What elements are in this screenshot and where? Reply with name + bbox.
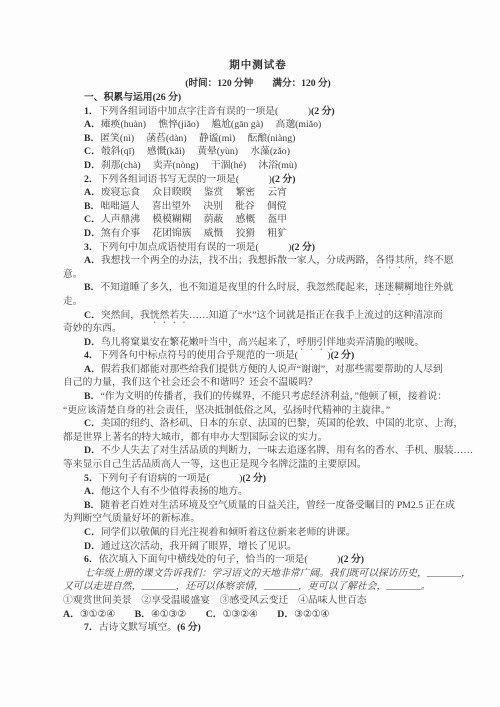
bold-label: B．: [84, 201, 100, 212]
text-segment: 不知道睡了多久，也不知道是夜里的什么时辰，我忽然爬起来，: [100, 282, 374, 293]
bold-label: (2 分): [272, 174, 296, 185]
option-line: B．“作为文明的传播者，我们的传媒界，不能只考虑经济利益，”他顿了顿，接着说：: [63, 390, 453, 404]
question-stem: 5．下列句子有语病的一项是( )(2 分): [63, 472, 453, 486]
option-line: B．咄咄逼人 喜出望外 决别 秕谷 倜傥: [63, 200, 453, 214]
continuation-line: 为判断空气质量好坏的新标准。: [63, 512, 453, 526]
text-segment: ④①③②: [151, 609, 186, 620]
question-stem: 4．下列各句中标点符号的使用合乎规范的一项是( )(2 分): [63, 349, 453, 363]
bold-label: D．: [84, 445, 101, 456]
passage-continuation: 又可以走进自然，_______，还可以体察亲情，_______，更可以了解社会，…: [63, 580, 453, 594]
continuation-line: 等来显示自己生活品质高人一等，这也正是现今名牌泛滥的主要原因。: [63, 458, 453, 472]
text-segment: 恍然若失: [150, 310, 189, 321]
option-line: D．刹那(chà) 卖弄(nòng) 干涸(hé) 沐浴(mù): [63, 159, 453, 173]
text-segment: 他这个人有不少值得表扬的地方。: [101, 486, 248, 497]
text-segment: 我想找一个两全的办法，找不出；我想拆散一家人，分成两路，: [101, 255, 375, 266]
bold-label: A．: [84, 119, 101, 130]
text-segment: 奇妙的东西。: [63, 323, 122, 334]
option-line: B．不知道睡了多久，也不知道是夜里的什么时辰，我忽然爬起来，迷迷糊糊地往外就: [63, 281, 453, 295]
bold-label: (2 分): [242, 473, 266, 484]
continuation-line: 都是世界上著名的特大城市，都有申办大型国际会议的实力。: [63, 431, 453, 445]
bold-label: A．: [84, 187, 101, 198]
text-segment: 假若我们都能对那些给我们提供方便的人说声“谢谢”，对那些需要帮助的人尽到: [101, 364, 443, 375]
text-segment: 下列句子有语病的一项是( ): [99, 473, 243, 484]
question-stem: 6．依次填入下面句中横线处的句子，恰当的一项是( )(2 分): [63, 553, 453, 567]
text-segment: “更应该清楚自身的社会责任，坚决抵制低俗之风，弘扬时代精神的主旋律。”: [63, 405, 390, 416]
bold-label: 5．: [84, 473, 99, 484]
bold-label: (2 分): [291, 242, 315, 253]
question-stem: 1．下列各组词语中加点字注音有误的一项是( )(2 分): [63, 105, 453, 119]
bold-label: (2 分): [331, 350, 355, 361]
text-segment: 废寝忘食 众目睽睽 鉴赏 繁密 云宵: [101, 187, 287, 198]
text-segment: 瘫痪(huàn) 憔悴(jiǎo) 尴尬(gān gà) 高邈(miǎo): [101, 119, 321, 130]
text-segment: 地卖弄清脆的喉咙。: [336, 337, 424, 348]
exam-content: 期中测试卷 (时间：120 分钟 满分：120 分) 一、积累与运用(26 分)…: [63, 56, 453, 635]
text-segment: ①③②④: [223, 609, 258, 620]
text-segment: 下列各句中标点符号的使用合乎规范的一项是( ): [99, 350, 331, 361]
exam-time-score-meta: (时间：120 分钟 满分：120 分): [63, 76, 453, 91]
bold-label: C．: [84, 146, 101, 157]
question-stem: 3．下列句中加点成语使用有误的一项是( )(2 分): [63, 241, 453, 255]
bold-label: 3．: [84, 242, 99, 253]
text-segment: 鸟儿将窠巢安在繁花嫩叶当中，高兴起来了，: [101, 337, 297, 348]
option-line: D．煞有介事 花团锦簇 威慑 狡猾 粗犷: [63, 227, 453, 241]
continuation-line: 走。: [63, 295, 453, 309]
bold-label: C．: [84, 527, 101, 538]
passage-line: 七年级上册的课文告诉我们：学习语文的天地非常广阔。我们既可以探访历史，_____…: [63, 567, 453, 581]
bold-label: (6 分): [177, 622, 201, 633]
option-line: D．鸟儿将窠巢安在繁花嫩叶当中，高兴起来了，呼朋引伴地卖弄清脆的喉咙。: [63, 336, 453, 350]
text-segment: 下列句中加点成语使用有误的一项是( ): [99, 242, 292, 253]
bold-label: D．: [84, 541, 101, 552]
bold-label: A．: [84, 364, 101, 375]
bold-label: D．: [84, 228, 101, 239]
continuation-line: 奇妙的东西。: [63, 322, 453, 336]
answer-choices-line: A．③①②④ B．④①③② C．①③②④ D．③②①④: [63, 608, 453, 622]
text-segment: ③②①④: [294, 609, 329, 620]
exam-title: 期中测试卷: [63, 56, 453, 76]
bold-label: B．: [84, 391, 100, 402]
text-segment: 七年级上册的课文告诉我们：学习语文的天地非常广阔。我们既可以探访历史，_____…: [84, 568, 471, 579]
text-segment: 等来显示自己生活品质高人一等，这也正是现今名牌泛滥的主要原因。: [63, 459, 367, 470]
text-segment: 人声鼎沸 模模糊糊 荫蔽 感概 盔甲: [101, 214, 287, 225]
bold-label: C．: [84, 418, 101, 429]
bold-label: 2．: [84, 174, 99, 185]
bold-label: A．: [84, 486, 101, 497]
text-segment: ③①②④: [80, 609, 115, 620]
bold-label: B．: [135, 609, 151, 620]
text-segment: 依次填入下面句中横线处的句子，恰当的一项是( ): [99, 554, 341, 565]
numbered-items-line: ①观赏世间美景 ②享受温暖盛宴 ③感受风云变迁 ④品味人世百态: [63, 594, 453, 608]
continuation-line: 意。: [63, 268, 453, 282]
text-segment: [258, 609, 278, 620]
text-segment: 咄咄逼人 喜出望外 决别 秕谷 倜傥: [100, 201, 286, 212]
text-segment: 突然间，我: [101, 310, 150, 321]
option-line: A．假若我们都能对那些给我们提供方便的人说声“谢谢”，对那些需要帮助的人尽到: [63, 363, 453, 377]
text-segment: 呼朋引伴: [297, 337, 336, 348]
bold-label: 1．: [84, 106, 99, 117]
text-segment: 古诗文默写填空。: [99, 622, 177, 633]
text-segment: 意。: [63, 269, 83, 280]
bold-label: D．: [277, 609, 294, 620]
option-line: D．通过这次活动，我开阔了眼界，增长了见识。: [63, 540, 453, 554]
text-segment: 地往外就: [414, 282, 453, 293]
option-line: C．美国的纽约、洛杉矶、日本的东京、法国的巴黎，英国的伦敦、中国的北京、上海，: [63, 417, 453, 431]
text-segment: 随着老百姓对生活环境及空气质量的日益关注，曾经一度备受瞩目的 PM2.5 正在成: [100, 500, 455, 511]
text-segment: 不少人失去了对生活品质的判断力，一味去追逐名牌，用有名的香水、手机、服装……: [101, 445, 473, 456]
text-segment: [186, 609, 206, 620]
option-line: A．我想找一个两全的办法，找不出；我想拆散一家人，分成两路，各得其所，终不愿: [63, 254, 453, 268]
exam-page: 期中测试卷 (时间：120 分钟 满分：120 分) 一、积累与运用(26 分)…: [0, 0, 500, 707]
bold-label: 7．: [84, 622, 99, 633]
text-segment: 攲斜(qī) 感慨(kǎi) 黄晕(yùn) 水藻(zǎo): [101, 146, 290, 157]
bold-label: D．: [84, 160, 101, 171]
bold-label: B．: [84, 133, 100, 144]
continuation-line: 自己的力量，我们这个社会还会不和谐吗？还会不温暖吗？: [63, 376, 453, 390]
exam-body: 一、积累与运用(26 分)1．下列各组词语中加点字注音有误的一项是( )(2 分…: [63, 91, 453, 635]
option-line: A．他这个人有不少值得表扬的地方。: [63, 485, 453, 499]
option-line: B．随着老百姓对生活环境及空气质量的日益关注，曾经一度备受瞩目的 PM2.5 正…: [63, 499, 453, 513]
option-line: C．攲斜(qī) 感慨(kǎi) 黄晕(yùn) 水藻(zǎo): [63, 145, 453, 159]
text-segment: 刹那(chà) 卖弄(nòng) 干涸(hé) 沐浴(mù): [101, 160, 297, 171]
option-line: C．人声鼎沸 模模糊糊 荫蔽 感概 盔甲: [63, 213, 453, 227]
option-line: A．废寝忘食 众目睽睽 鉴赏 繁密 云宵: [63, 186, 453, 200]
bold-label: A．: [84, 255, 101, 266]
option-line: B．匿笑(nì) 菡萏(dàn) 静谧(mì) 酝酿(niàng): [63, 132, 453, 146]
text-segment: 迷迷糊糊: [375, 282, 414, 293]
bold-label: 4．: [84, 350, 99, 361]
bold-label: 一、积累与运用(26 分): [84, 92, 181, 103]
bold-label: (2 分): [311, 106, 335, 117]
question-stem: 2．下列各组词语书写无误的一项是( )(2 分): [63, 173, 453, 187]
text-segment: 煞有介事 花团锦簇 威慑 狡猾 粗犷: [101, 228, 287, 239]
option-line: C．突然间，我恍然若失……知道了“水”这个词就是指正在我手上流过的这种清凉而: [63, 309, 453, 323]
bold-label: 6．: [84, 554, 99, 565]
bold-label: A．: [63, 609, 80, 620]
text-segment: ①观赏世间美景 ②享受温暖盛宴 ③感受风云变迁 ④品味人世百态: [63, 595, 367, 606]
bold-label: B．: [84, 500, 100, 511]
text-segment: 通过这次活动，我开阔了眼界，增长了见识。: [101, 541, 297, 552]
bold-label: (2 分): [340, 554, 364, 565]
text-segment: 同学们以敬佩的目光注视着和倾听着这位新来老师的讲课。: [101, 527, 356, 538]
text-segment: 各得其所: [375, 255, 414, 266]
option-line: D．不少人失去了对生活品质的判断力，一味去追逐名牌，用有名的香水、手机、服装……: [63, 444, 453, 458]
text-segment: 美国的纽约、洛杉矶、日本的东京、法国的巴黎，英国的伦敦、中国的北京、上海，: [101, 418, 463, 429]
text-segment: 走。: [63, 296, 83, 307]
option-line: A．瘫痪(huàn) 憔悴(jiǎo) 尴尬(gān gà) 高邈(miǎo): [63, 118, 453, 132]
text-segment: 下列各组词语书写无误的一项是( ): [99, 174, 272, 185]
question-stem: 7．古诗文默写填空。(6 分): [63, 621, 453, 635]
bold-label: D．: [84, 337, 101, 348]
text-segment: “作为文明的传播者，我们的传媒界，不能只考虑经济利益，”他顿了顿，接着说：: [100, 391, 447, 402]
bold-label: C．: [84, 214, 101, 225]
text-segment: ……知道了“水”这个词就是指正在我手上流过的这种清凉而: [189, 310, 443, 321]
continuation-line: “更应该清楚自身的社会责任，坚决抵制低俗之风，弘扬时代精神的主旋律。”: [63, 404, 453, 418]
section-heading: 一、积累与运用(26 分): [63, 91, 453, 105]
bold-label: C．: [84, 310, 101, 321]
bold-label: B．: [84, 282, 100, 293]
text-segment: 自己的力量，我们这个社会还会不和谐吗？还会不温暖吗？: [63, 377, 318, 388]
text-segment: 又可以走进自然，_______，还可以体察亲情，_______，更可以了解社会，…: [63, 581, 430, 592]
text-segment: 都是世界上著名的特大城市，都有申办大型国际会议的实力。: [63, 432, 328, 443]
text-segment: 匿笑(nì) 菡萏(dàn) 静谧(mì) 酝酿(niàng): [100, 133, 295, 144]
bold-label: C．: [206, 609, 223, 620]
option-line: C．同学们以敬佩的目光注视着和倾听着这位新来老师的讲课。: [63, 526, 453, 540]
text-segment: ，终不愿: [414, 255, 453, 266]
text-segment: 下列各组词语中加点字注音有误的一项是( ): [99, 106, 311, 117]
text-segment: 为判断空气质量好坏的新标准。: [63, 513, 200, 524]
text-segment: [115, 609, 135, 620]
